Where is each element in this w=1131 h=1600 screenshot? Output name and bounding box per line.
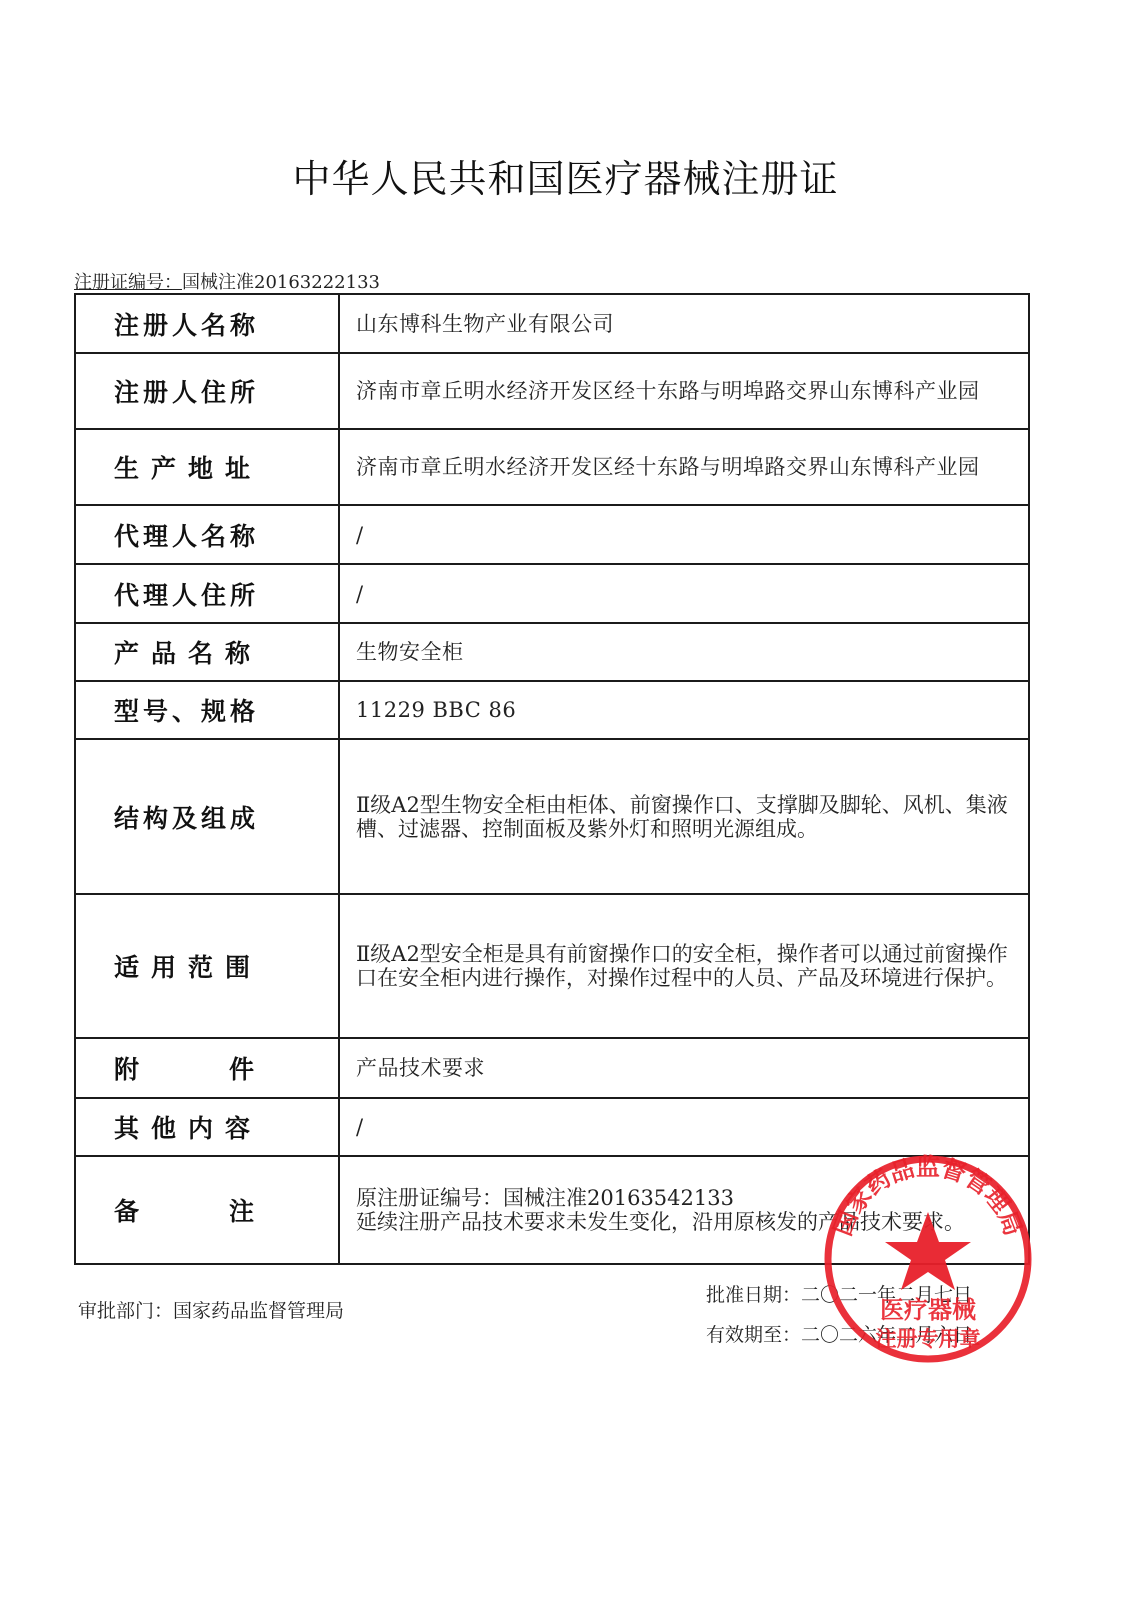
table-row: 代理人住所 /: [75, 564, 1029, 623]
row-label: 结构及组成: [75, 739, 339, 894]
row-value: /: [339, 1098, 1029, 1156]
row-label: 型号、规格: [75, 681, 339, 739]
valid-until: 有效期至：二〇二六年二月六日: [706, 1315, 972, 1355]
row-value: 山东博科生物产业有限公司: [339, 294, 1029, 353]
table-row: 其他内容 /: [75, 1098, 1029, 1156]
original-registration-number: 原注册证编号：国械注准20163542133: [356, 1186, 1014, 1210]
row-value: 原注册证编号：国械注准20163542133 延续注册产品技术要求未发生变化，沿…: [339, 1156, 1029, 1264]
approval-department-label: 审批部门：: [78, 1300, 173, 1322]
document-title: 中华人民共和国医疗器械注册证: [0, 148, 1131, 203]
row-label: 注册人名称: [75, 294, 339, 353]
row-label: 注册人住所: [75, 353, 339, 429]
row-value: 11229 BBC 86: [339, 681, 1029, 739]
table-row: 产品名称 生物安全柜: [75, 623, 1029, 681]
approval-date-value: 二〇二一年二月七日: [801, 1284, 972, 1306]
row-label: 适用范围: [75, 894, 339, 1038]
row-label: 产品名称: [75, 623, 339, 681]
row-value: /: [339, 505, 1029, 564]
table-row: 注册人住所 济南市章丘明水经济开发区经十东路与明埠路交界山东博科产业园: [75, 353, 1029, 429]
table-row: 附 件 产品技术要求: [75, 1038, 1029, 1098]
valid-until-label: 有效期至：: [706, 1324, 801, 1346]
row-label: 附 件: [75, 1038, 339, 1098]
row-value: Ⅱ级A2型生物安全柜由柜体、前窗操作口、支撑脚及脚轮、风机、集液槽、过滤器、控制…: [339, 739, 1029, 894]
table-row: 备 注 原注册证编号：国械注准20163542133 延续注册产品技术要求未发生…: [75, 1156, 1029, 1264]
registration-number-value: 国械注准20163222133: [182, 272, 380, 293]
remark-text: 延续注册产品技术要求未发生变化，沿用原核发的产品技术要求。: [356, 1210, 1014, 1234]
table-row: 代理人名称 /: [75, 505, 1029, 564]
table-row: 适用范围 Ⅱ级A2型安全柜是具有前窗操作口的安全柜，操作者可以通过前窗操作口在安…: [75, 894, 1029, 1038]
approval-department-value: 国家药品监督管理局: [173, 1300, 344, 1322]
row-value: 生物安全柜: [339, 623, 1029, 681]
table-row: 注册人名称 山东博科生物产业有限公司: [75, 294, 1029, 353]
table-row: 型号、规格 11229 BBC 86: [75, 681, 1029, 739]
table-row: 结构及组成 Ⅱ级A2型生物安全柜由柜体、前窗操作口、支撑脚及脚轮、风机、集液槽、…: [75, 739, 1029, 894]
row-value: /: [339, 564, 1029, 623]
row-label-right: 件: [229, 1050, 254, 1086]
row-value: Ⅱ级A2型安全柜是具有前窗操作口的安全柜，操作者可以通过前窗操作口在安全柜内进行…: [339, 894, 1029, 1038]
approval-date-label: 批准日期：: [706, 1284, 801, 1306]
row-value: 产品技术要求: [339, 1038, 1029, 1098]
registration-number: 注册证编号：国械注准20163222133: [74, 268, 380, 294]
approval-date: 批准日期：二〇二一年二月七日: [706, 1275, 972, 1315]
row-label-left: 附: [114, 1050, 139, 1086]
row-label-left: 备: [114, 1192, 139, 1228]
table-row: 生产地址 济南市章丘明水经济开发区经十东路与明埠路交界山东博科产业园: [75, 429, 1029, 505]
row-value: 济南市章丘明水经济开发区经十东路与明埠路交界山东博科产业园: [339, 429, 1029, 505]
certificate-table: 注册人名称 山东博科生物产业有限公司 注册人住所 济南市章丘明水经济开发区经十东…: [74, 293, 1030, 1265]
row-label: 代理人住所: [75, 564, 339, 623]
row-value: 济南市章丘明水经济开发区经十东路与明埠路交界山东博科产业园: [339, 353, 1029, 429]
valid-until-value: 二〇二六年二月六日: [801, 1324, 972, 1346]
row-label-right: 注: [229, 1192, 254, 1228]
registration-number-label: 注册证编号：: [74, 272, 182, 293]
row-label: 备 注: [75, 1156, 339, 1264]
approval-department: 审批部门：国家药品监督管理局: [78, 1296, 344, 1323]
row-label: 生产地址: [75, 429, 339, 505]
footer-dates: 批准日期：二〇二一年二月七日 有效期至：二〇二六年二月六日: [706, 1275, 972, 1355]
row-label: 其他内容: [75, 1098, 339, 1156]
row-label: 代理人名称: [75, 505, 339, 564]
